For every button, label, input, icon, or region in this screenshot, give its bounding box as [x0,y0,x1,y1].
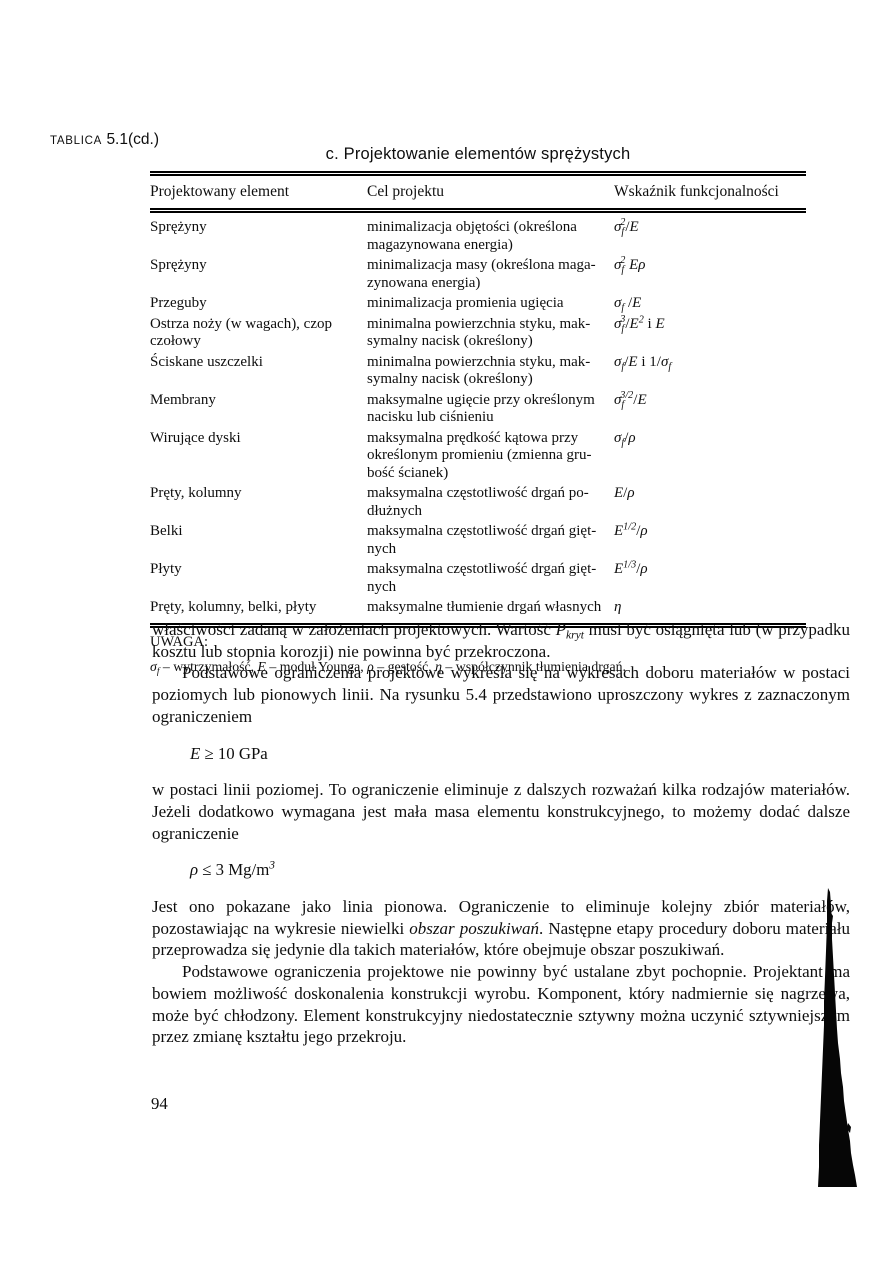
scanned-page: TABLICA 5.1(cd.) c. Projektowanie elemen… [0,0,893,1263]
cell-functional-index: σf3/2/E [614,390,806,428]
cell-designed-element: Pręty, kolumny [150,484,367,522]
cell-designed-element: Wirujące dyski [150,428,367,484]
cell-design-goal: maksymalna prędkość kątowa przy określon… [367,428,614,484]
cell-functional-index: σf /E [614,294,806,315]
cell-design-goal: minimalizacja objętości (określona magaz… [367,211,614,256]
cell-designed-element: Ściskane uszczelki [150,352,367,390]
cell-design-goal: maksymalne ugięcie przy określonym nacis… [367,390,614,428]
cell-design-goal: minimalna powierzchnia styku, mak- symal… [367,352,614,390]
col-header-index: Wskaźnik funkcjonalności [614,174,806,211]
table-row: Ostrza noży (w wagach), czop czołowy min… [150,314,806,352]
cell-designed-element: Ostrza noży (w wagach), czop czołowy [150,314,367,352]
cell-designed-element: Belki [150,522,367,560]
cell-designed-element: Sprężyny [150,256,367,294]
table-header-row: Projektowany element Cel projektu Wskaźn… [150,174,806,211]
cell-functional-index: E1/3/ρ [614,560,806,598]
table-title: c. Projektowanie elementów sprężystych [150,145,806,164]
paragraph-caution: Podstawowe ograniczenia projektowe nie p… [152,961,850,1048]
table-row: Sprężyny minimalizacja objętości (określ… [150,211,806,256]
table-row: Płyty maksymalna częstotliwość drgań gię… [150,560,806,598]
table-label-prefix: TABLICA [50,135,102,147]
table-row: Przeguby minimalizacja promienia ugięcia… [150,294,806,315]
cell-design-goal: minimalizacja masy (określona maga- zyno… [367,256,614,294]
paragraph-continuation: właściwości zadaną w założeniach projekt… [152,619,850,662]
paragraph-constraints: Podstawowe ograniczenia projektowe wykre… [152,662,850,727]
functional-index-table: Projektowany element Cel projektu Wskaźn… [150,171,806,628]
cell-functional-index: E/ρ [614,484,806,522]
cell-functional-index: σf/E i 1/σf [614,352,806,390]
table-label: TABLICA 5.1(cd.) [50,131,159,149]
paragraph-horizontal-line: w postaci linii poziomej. To ograniczeni… [152,779,850,844]
cell-designed-element: Płyty [150,560,367,598]
cell-functional-index: σf2/E [614,211,806,256]
cell-design-goal: maksymalna częstotliwość drgań gięt- nyc… [367,522,614,560]
cell-design-goal: minimalna powierzchnia styku, mak- symal… [367,314,614,352]
cell-design-goal: maksymalna częstotliwość drgań gięt- nyc… [367,560,614,598]
constraint-formula-modulus: E ≥ 10 GPa [190,743,850,765]
cell-functional-index: σf/ρ [614,428,806,484]
table-row: Membrany maksymalne ugięcie przy określo… [150,390,806,428]
cell-designed-element: Przeguby [150,294,367,315]
paragraph-vertical-line: Jest ono pokazane jako linia pionowa. Og… [152,896,850,961]
table-block: c. Projektowanie elementów sprężystych P… [150,145,806,675]
table-row: Ściskane uszczelki minimalna powierzchni… [150,352,806,390]
cell-design-goal: maksymalna częstotliwość drgań po- dłużn… [367,484,614,522]
cell-functional-index: σf2 Eρ [614,256,806,294]
col-header-goal: Cel projektu [367,174,614,211]
ink-smudge-artifact [817,883,863,1188]
constraint-formula-density: ρ ≤ 3 Mg/m3 [190,859,850,881]
cell-designed-element: Membrany [150,390,367,428]
table-row: Sprężyny minimalizacja masy (określona m… [150,256,806,294]
cell-functional-index: σf3/E2 i E [614,314,806,352]
col-header-element: Projektowany element [150,174,367,211]
table-row: Wirujące dyski maksymalna prędkość kątow… [150,428,806,484]
cell-functional-index: E1/2/ρ [614,522,806,560]
body-text: właściwości zadaną w założeniach projekt… [152,619,850,1048]
cell-design-goal: minimalizacja promienia ugięcia [367,294,614,315]
table-row: Pręty, kolumny maksymalna częstotliwość … [150,484,806,522]
page-number: 94 [151,1094,168,1114]
cell-designed-element: Sprężyny [150,211,367,256]
table-row: Belki maksymalna częstotliwość drgań gię… [150,522,806,560]
